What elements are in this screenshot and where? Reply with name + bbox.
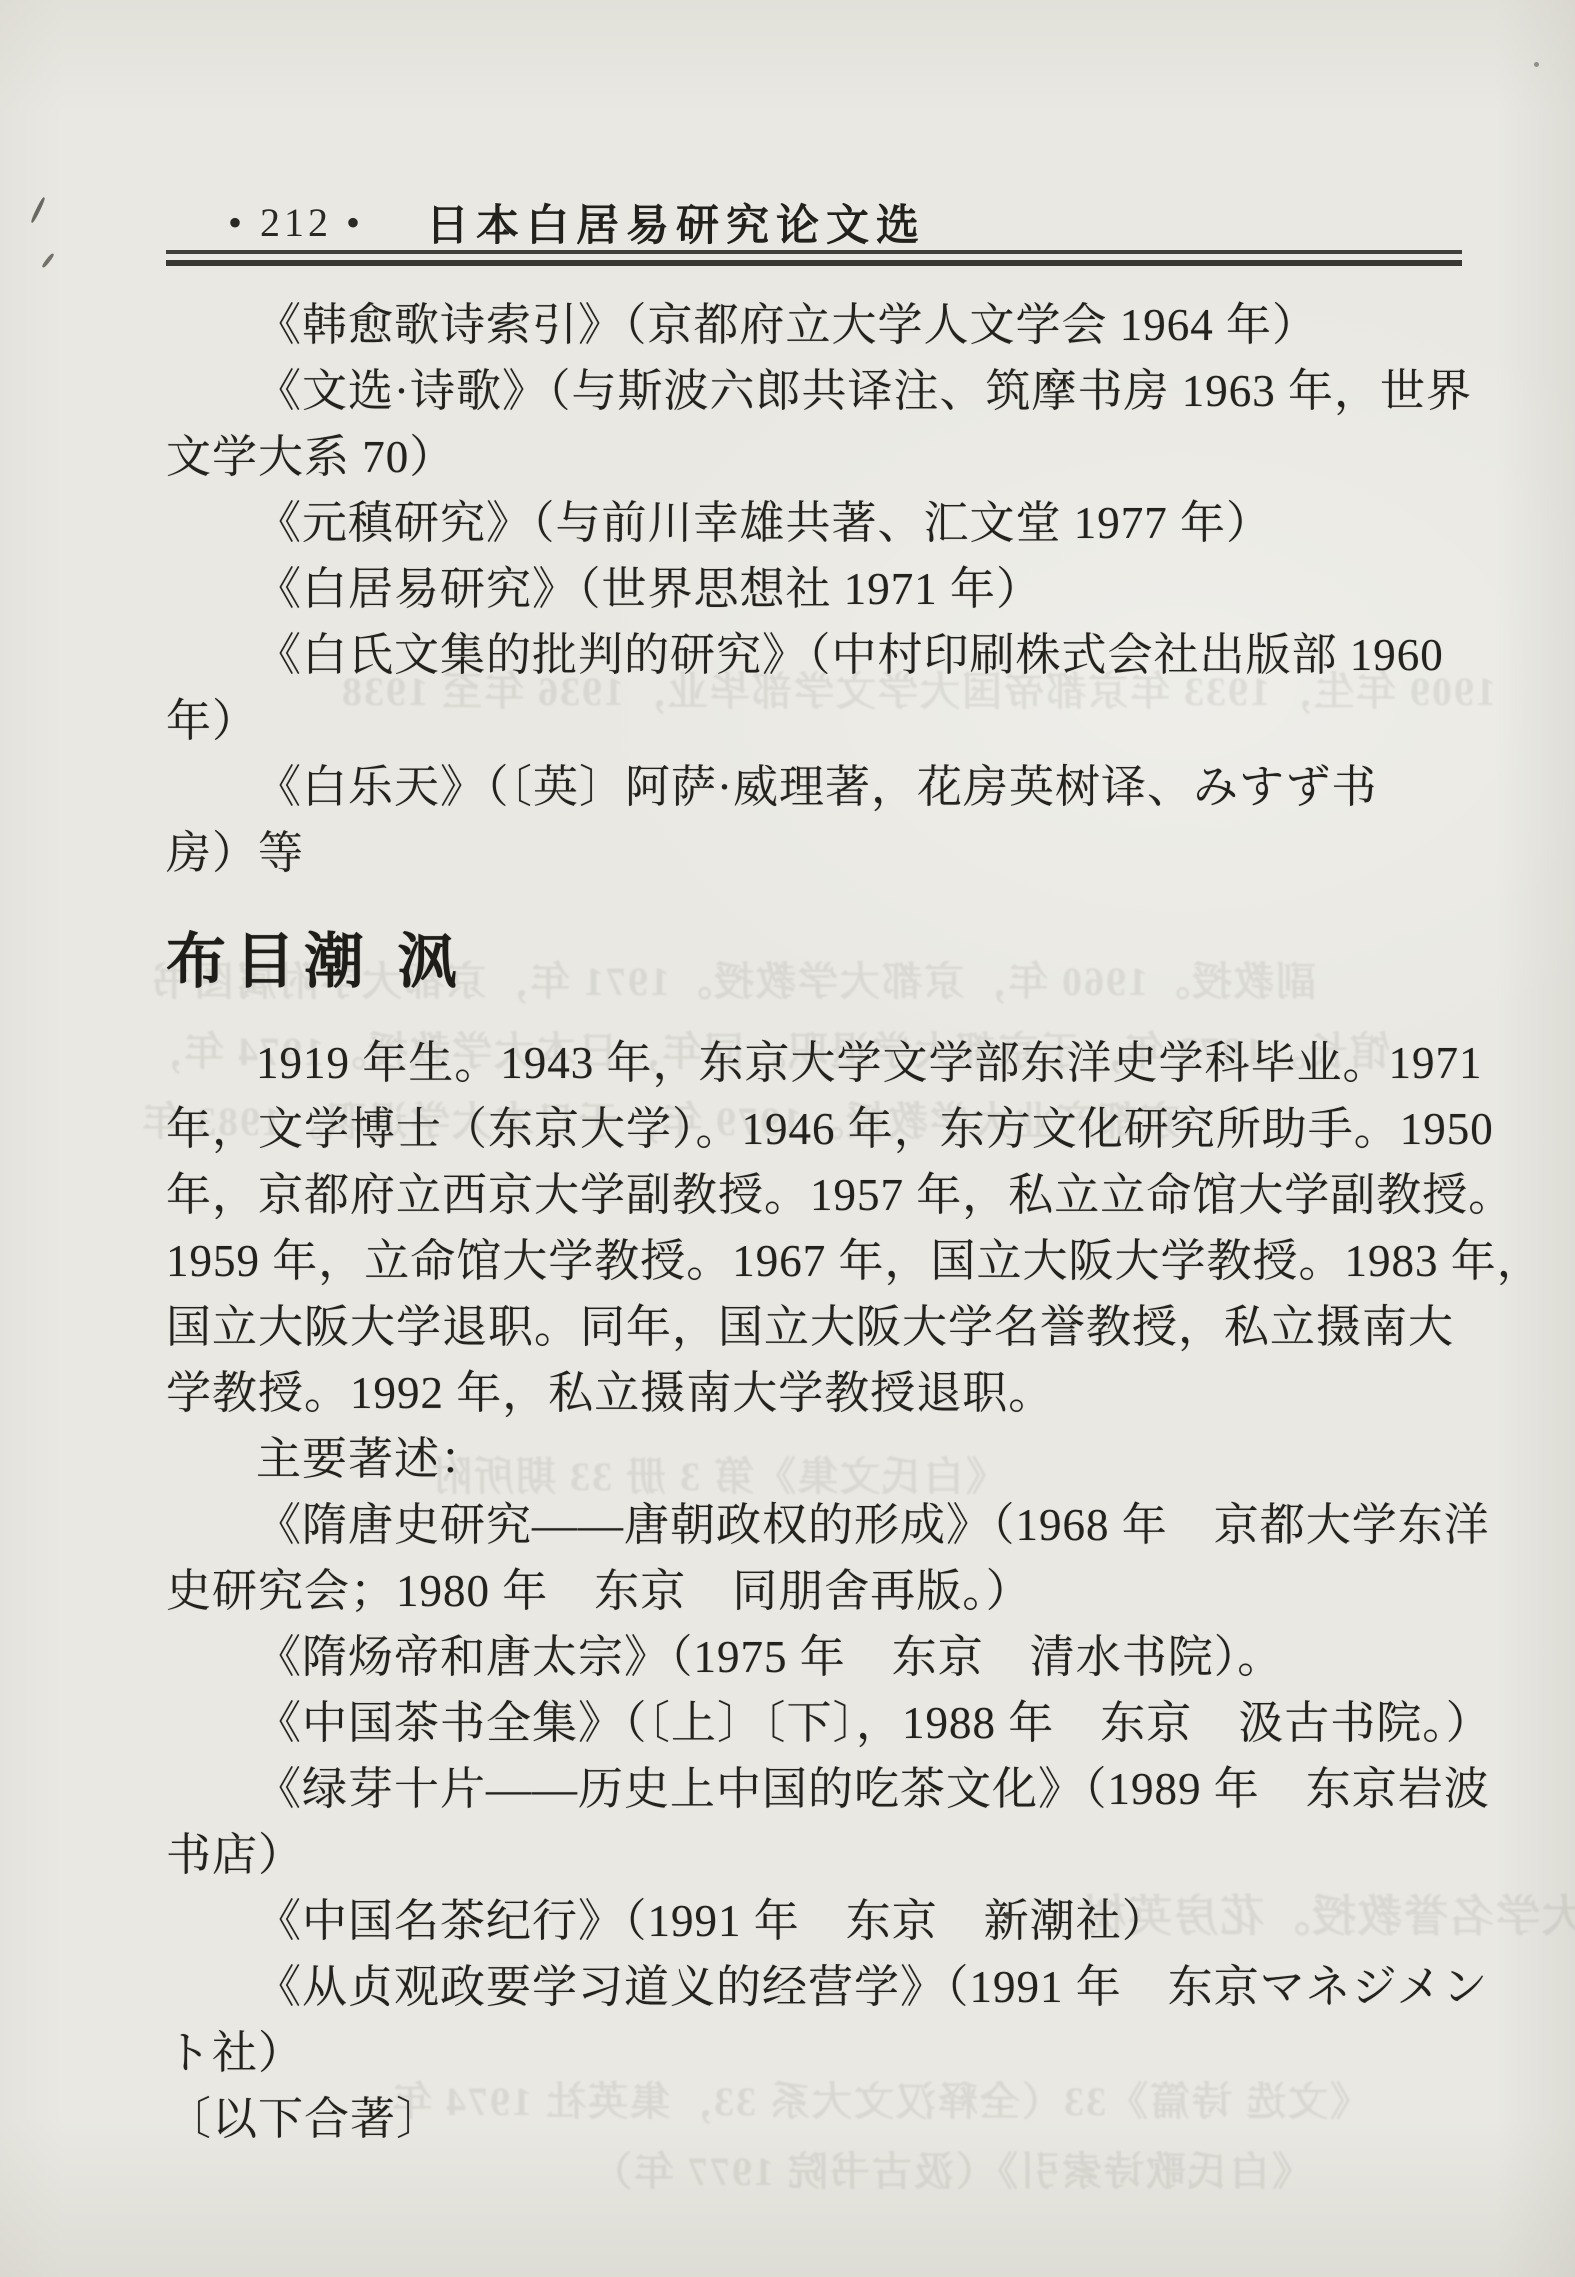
header-rule-thin: [166, 250, 1462, 254]
works-line: 书店）: [166, 1822, 1468, 1888]
biography-line: 国立大阪大学退职。同年，国立大阪大学名誉教授，私立摄南大: [166, 1294, 1468, 1360]
biography-line: 年，文学博士（东京大学）。1946 年，东方文化研究所助手。1950: [166, 1096, 1468, 1162]
scan-mark: [41, 253, 55, 269]
works-line: 〔以下合著〕: [166, 2086, 1468, 2152]
works-line: 《隋炀帝和唐太宗》（1975 年 东京 清水书院）。: [166, 1624, 1468, 1690]
bibliography-line: 年）: [166, 688, 1468, 754]
works-line: ト社）: [166, 2020, 1468, 2086]
page-number: • 212 •: [228, 199, 364, 246]
scan-mark: [30, 197, 46, 224]
scan-speck: [1534, 62, 1539, 67]
works-line: 《中国名茶纪行》（1991 年 东京 新潮社）: [166, 1888, 1468, 1954]
scanned-book-page: 1909 年生，1933 年京都帝国大学文学部毕业，1936 年至 1938 副…: [0, 0, 1575, 2277]
bibliography-line: 房）等: [166, 820, 1468, 886]
works-line: 史研究会；1980 年 东京 同朋舍再版。）: [166, 1558, 1468, 1624]
bibliography-line: 《白氏文集的批判的研究》（中村印刷株式会社出版部 1960: [166, 622, 1468, 688]
book-title: 日本白居易研究论文选: [426, 192, 926, 253]
works-line: 《绿芽十片——历史上中国的吃茶文化》（1989 年 东京岩波: [166, 1756, 1468, 1822]
biography-paragraph: 1919 年生。1943 年，东京大学文学部东洋史学科毕业。1971 年，文学博…: [166, 1030, 1468, 1426]
bibliography-line: 文学大系 70）: [166, 424, 1468, 490]
biography-line: 1959 年，立命馆大学教授。1967 年，国立大阪大学教授。1983 年，: [166, 1228, 1468, 1294]
bibliography-line: 《白乐天》（〔英〕阿萨·威理著，花房英树译、みすず书: [166, 754, 1468, 820]
text-column: 《韩愈歌诗索引》（京都府立大学人文学会 1964 年） 《文选·诗歌》（与斯波六…: [166, 292, 1468, 2152]
bibliography-line: 《元稹研究》（与前川幸雄共著、汇文堂 1977 年）: [166, 490, 1468, 556]
biography-line: 1919 年生。1943 年，东京大学文学部东洋史学科毕业。1971: [166, 1030, 1468, 1096]
biography-line: 年，京都府立西京大学副教授。1957 年，私立立命馆大学副教授。: [166, 1162, 1468, 1228]
scan-speck: [1004, 1912, 1011, 1919]
works-line: 《隋唐史研究——唐朝政权的形成》（1968 年 京都大学东洋: [166, 1492, 1468, 1558]
bibliography-line: 《文选·诗歌》（与斯波六郎共译注、筑摩书房 1963 年，世界: [166, 358, 1468, 424]
works-line: 《从贞观政要学习道义的经营学》（1991 年 东京マネジメン: [166, 1954, 1468, 2020]
bibliography-line: 《白居易研究》（世界思想社 1971 年）: [166, 556, 1468, 622]
works-label: 主要著述：: [166, 1426, 1468, 1492]
header-rule-thick: [166, 260, 1462, 266]
works-line: 《中国茶书全集》（〔上〕〔下〕，1988 年 东京 汲古书院。）: [166, 1690, 1468, 1756]
bibliography-line: 《韩愈歌诗索引》（京都府立大学人文学会 1964 年）: [166, 292, 1468, 358]
author-name-heading: 布目潮 沨: [166, 922, 1468, 1002]
biography-line: 学教授。1992 年，私立摄南大学教授退职。: [166, 1360, 1468, 1426]
running-header: • 212 • 日本白居易研究论文选: [228, 196, 926, 248]
